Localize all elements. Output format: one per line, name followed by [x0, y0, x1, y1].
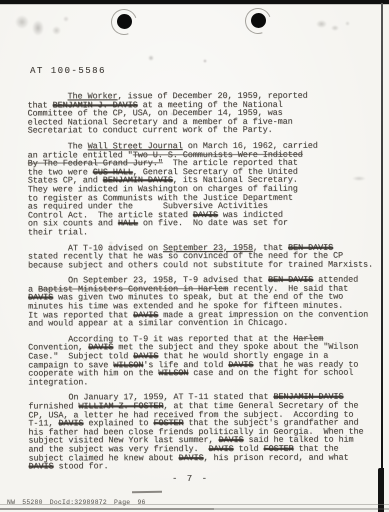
smudge: [148, 55, 154, 61]
text-run: stood for.: [53, 461, 108, 471]
hole-punch-icon: [117, 14, 132, 29]
marked-text: HALL: [118, 218, 138, 228]
smudge: [345, 21, 350, 26]
smudge: [15, 15, 29, 29]
paragraph: On September 23, 1958, T-9 advised that …: [28, 276, 384, 328]
smudge: [32, 20, 44, 36]
paragraph: According to T-9 it was reported that at…: [28, 334, 384, 386]
scanned-page: AT 100-5586 The Worker, issue of Decembe…: [0, 0, 389, 512]
paragraph: The Worker, issue of December 20, 1959, …: [27, 92, 383, 136]
paragraph: AT T-10 advised on September 23, 1958, t…: [28, 243, 384, 270]
archive-footer: NW 55280 DocId:32989872 Page 96: [7, 499, 146, 506]
text-run: , his prison record, and what: [203, 452, 348, 462]
smudge: [203, 59, 207, 63]
smudge: [52, 26, 61, 35]
paragraph: The Wall Street Journal on March 16, 196…: [28, 142, 384, 237]
paragraph: On January 17, 1959, AT T-11 stated that…: [28, 393, 384, 471]
hole-punch-icon: [251, 13, 266, 28]
scan-edge-top: [0, 0, 389, 4]
document-body: The Worker, issue of December 20, 1959, …: [27, 92, 384, 479]
smudge: [63, 16, 69, 22]
page-number: - 7 -: [0, 474, 381, 484]
marked-text: WILSON: [158, 368, 188, 378]
marked-text: DAVIS: [178, 453, 203, 463]
pencil-mark: [132, 491, 162, 493]
file-number: AT 100-5586: [30, 66, 106, 76]
smudge: [331, 25, 339, 31]
smudge: [316, 20, 327, 28]
scan-edge-bottom-line: [0, 508, 389, 510]
marked-text: DAVIS: [28, 462, 53, 472]
